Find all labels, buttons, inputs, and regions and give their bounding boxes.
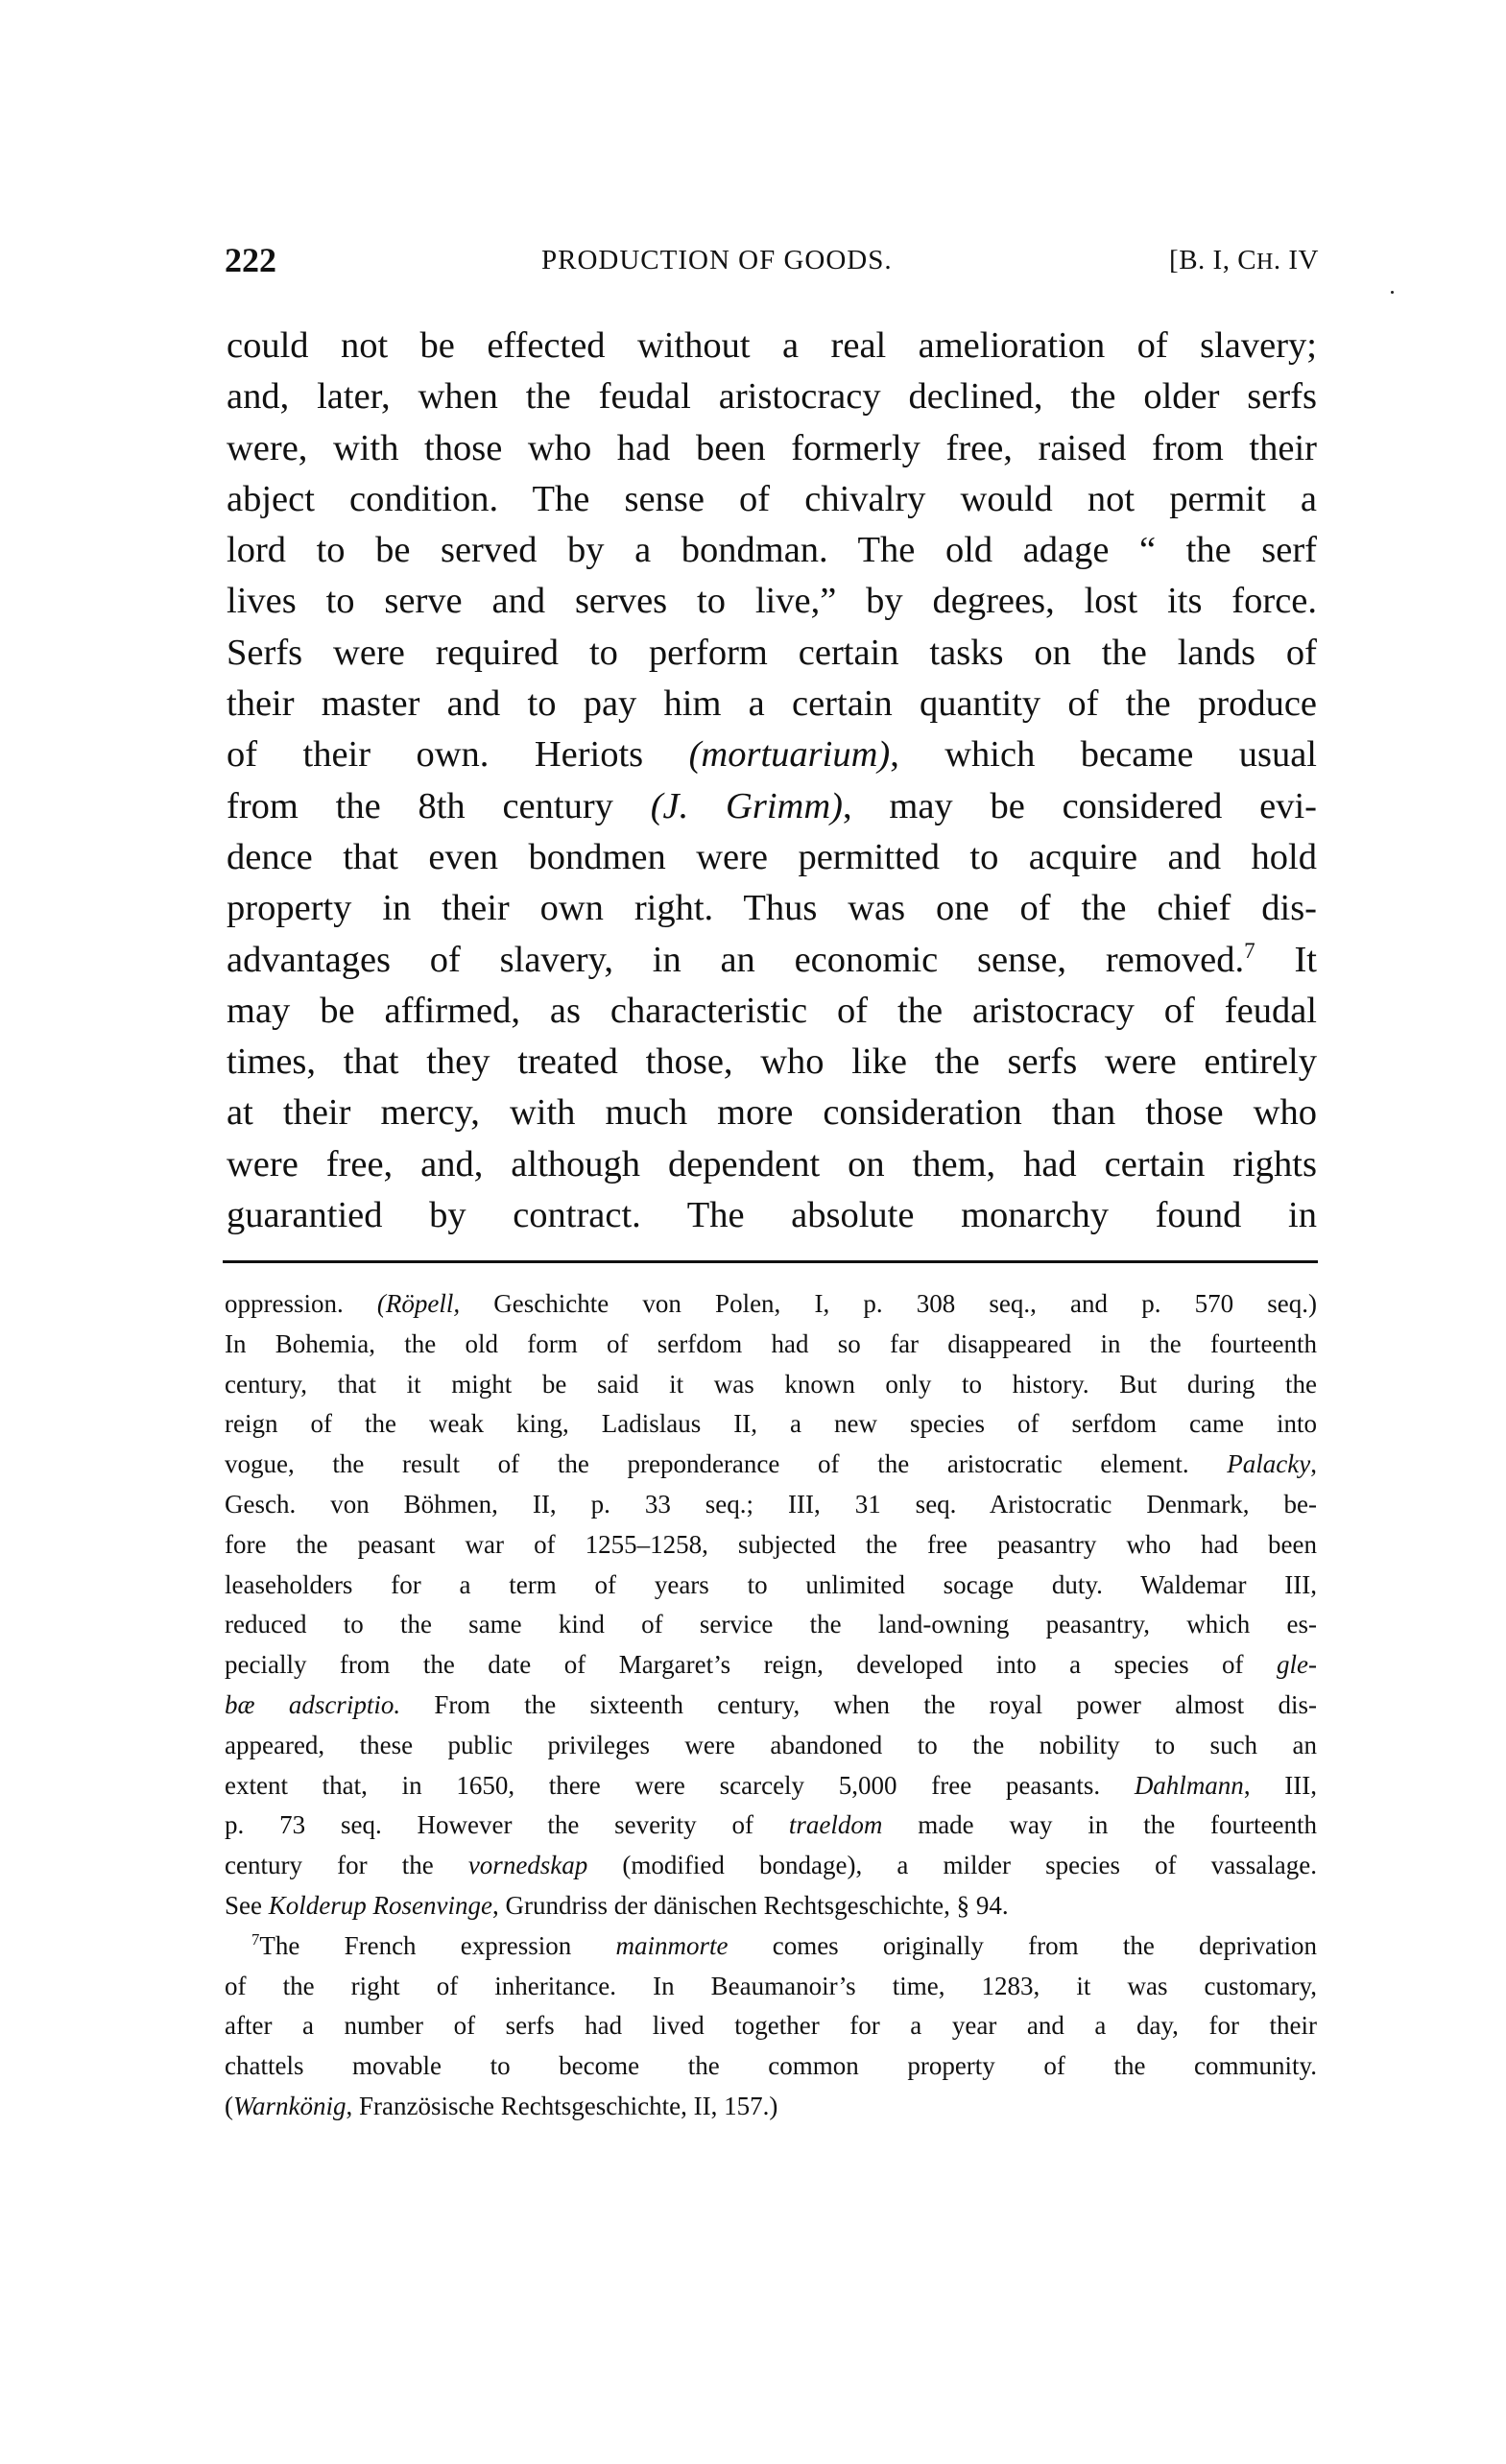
footnote-line: chattels movable to become the common pr…: [225, 2046, 1317, 2087]
running-head: 222 PRODUCTION OF GOODS. [B. I, CH. IV: [225, 238, 1319, 282]
body-line: lives to serve and serves to live,” by d…: [227, 576, 1317, 627]
body-line: at their mercy, with much more considera…: [227, 1088, 1317, 1138]
italic-author: Dahlmann: [1135, 1771, 1244, 1800]
body-line: Serfs were required to perform certain t…: [227, 628, 1317, 679]
footnote-line: Gesch. von Böhmen, II, p. 33 seq.; III, …: [225, 1485, 1317, 1525]
running-title: PRODUCTION OF GOODS.: [541, 238, 893, 282]
body-line: property in their own right. Thus was on…: [227, 883, 1317, 934]
footnote-line: century for the vornedskap (modified bon…: [225, 1846, 1317, 1886]
footnote-line: bæ adscriptio. From the sixteenth centur…: [225, 1686, 1317, 1726]
italic-author: Palacky: [1227, 1449, 1310, 1478]
italic-author: (Röpell,: [377, 1289, 460, 1318]
italic-term: bæ adscriptio.: [225, 1690, 400, 1719]
footnote-line: extent that, in 1650, there were scarcel…: [225, 1766, 1317, 1806]
italic-term: vornedskap: [468, 1851, 587, 1879]
footnote-line: See Kolderup Rosenvinge, Grundriss der d…: [225, 1886, 1317, 1926]
body-line: were, with those who had been formerly f…: [227, 423, 1317, 474]
body-line: may be affirmed, as characteristic of th…: [227, 986, 1317, 1037]
footnote-line: century, that it might be said it was kn…: [225, 1365, 1317, 1405]
body-line: could not be effected without a real ame…: [227, 321, 1317, 371]
footnote-line: oppression. (Röpell, Geschichte von Pole…: [225, 1284, 1317, 1325]
italic-author: Kolderup Rosenvinge: [269, 1891, 492, 1920]
body-line: advantages of slavery, in an economic se…: [227, 935, 1317, 986]
footnote-line: reign of the weak king, Ladislaus II, a …: [225, 1404, 1317, 1445]
chapter-prefix: [B. I, C: [1169, 245, 1256, 275]
body-text: could not be effected without a real ame…: [227, 321, 1317, 1241]
footnote-7-start: 7The French expression mainmorte comes o…: [225, 1926, 1317, 1967]
footnote-line: pecially from the date of Margaret’s rei…: [225, 1645, 1317, 1686]
page-number: 222: [225, 238, 276, 282]
footnote-line: vogue, the result of the preponderance o…: [225, 1445, 1317, 1485]
body-line: of their own. Heriots (mortuarium), whic…: [227, 730, 1317, 780]
chapter-reference: [B. I, CH. IV: [1169, 238, 1319, 284]
body-line: times, that they treated those, who like…: [227, 1037, 1317, 1088]
footnote-line: (Warnkönig, Französische Rechtsgeschicht…: [225, 2087, 1317, 2127]
footnote-line: fore the peasant war of 1255–1258, subje…: [225, 1525, 1317, 1566]
chapter-suffix: . IV: [1274, 245, 1319, 275]
footnote-rule: [223, 1260, 1318, 1263]
italic-term: (mortuarium): [689, 734, 891, 775]
body-line: and, later, when the feudal aristocracy …: [227, 371, 1317, 422]
footnote-line: reduced to the same kind of service the …: [225, 1605, 1317, 1645]
body-line: dence that even bondmen were permitted t…: [227, 832, 1317, 883]
footnote-line: In Bohemia, the old form of serfdom had …: [225, 1325, 1317, 1365]
body-line: were free, and, although dependent on th…: [227, 1139, 1317, 1190]
footnote-line: after a number of serfs had lived togeth…: [225, 2006, 1317, 2046]
italic-author: Warnkönig: [233, 2092, 347, 2120]
body-line: abject condition. The sense of chivalry …: [227, 474, 1317, 525]
footnote-ref: 7: [1244, 938, 1255, 963]
body-line: from the 8th century (J. Grimm), may be …: [227, 781, 1317, 832]
margin-speck: [1391, 291, 1394, 294]
italic-term: gle-: [1277, 1650, 1317, 1679]
body-line: guarantied by contract. The absolute mon…: [227, 1190, 1317, 1241]
footnote-line: p. 73 seq. However the severity of trael…: [225, 1806, 1317, 1846]
footnote-line: leaseholders for a term of years to unli…: [225, 1566, 1317, 1606]
italic-term: traeldom: [789, 1810, 883, 1839]
body-line: lord to be served by a bondman. The old …: [227, 525, 1317, 576]
italic-term: mainmorte: [615, 1931, 728, 1960]
body-line: their master and to pay him a certain qu…: [227, 679, 1317, 730]
book-page: 222 PRODUCTION OF GOODS. [B. I, CH. IV c…: [0, 0, 1506, 2464]
chapter-smallcap: H: [1256, 250, 1274, 275]
footnote-line: appeared, these public privileges were a…: [225, 1726, 1317, 1766]
footnotes: oppression. (Röpell, Geschichte von Pole…: [225, 1284, 1317, 2127]
italic-citation: (J. Grimm): [651, 786, 843, 826]
footnote-line: of the right of inheritance. In Beaumano…: [225, 1967, 1317, 2007]
